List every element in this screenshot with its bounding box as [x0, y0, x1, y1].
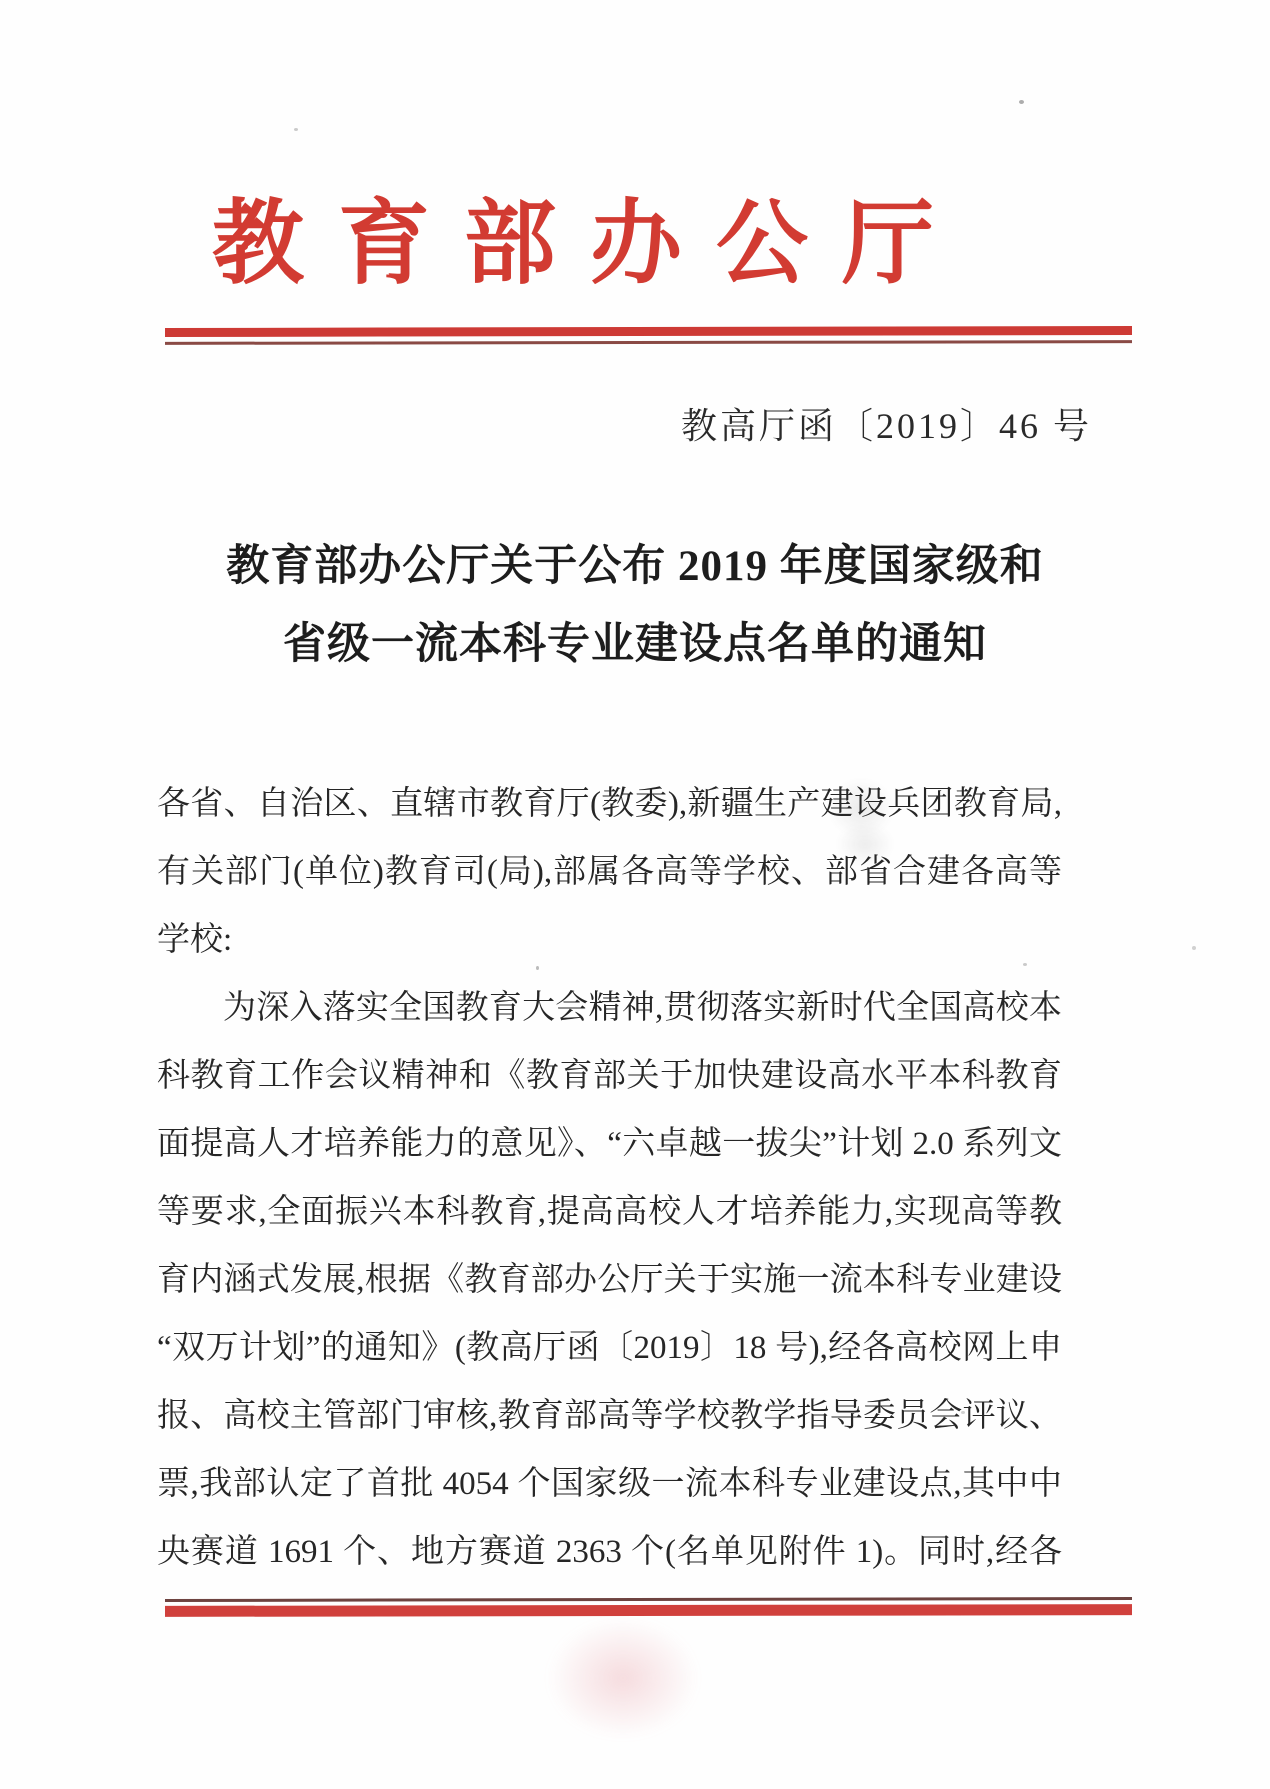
scan-speck	[294, 128, 298, 131]
document-body: 各省、自治区、直辖市教育厅(教委),新疆生产建设兵团教育局, 有关部门(单位)教…	[157, 770, 1062, 1586]
body-line: 为深入落实全国教育大会精神,贯彻落实新时代全国高校本	[157, 974, 1062, 1042]
header-rule-thick	[165, 326, 1132, 337]
scan-speck	[1019, 100, 1024, 104]
scanned-official-document-page: 教育部办公厅 教高厅函〔2019〕46 号 教育部办公厅关于公布 2019 年度…	[0, 0, 1270, 1789]
body-line: “双万计划”的通知》(教高厅函〔2019〕18 号),经各高校网上申	[157, 1314, 1062, 1382]
footer-rule-thick	[165, 1604, 1132, 1617]
body-line: 等要求,全面振兴本科教育,提高高校人才培养能力,实现高等教	[157, 1178, 1062, 1246]
addressee-line: 有关部门(单位)教育司(局),部属各高等学校、部省合建各高等	[157, 838, 1062, 906]
body-line: 票,我部认定了首批 4054 个国家级一流本科专业建设点,其中中	[157, 1450, 1062, 1518]
header-rule-thin	[165, 340, 1132, 345]
footer-rule-thin	[165, 1597, 1132, 1602]
body-line: 报、高校主管部门审核,教育部高等学校教学指导委员会评议、投	[157, 1382, 1062, 1450]
body-line: 面提高人才培养能力的意见》、“六卓越一拔尖”计划 2.0 系列文件	[157, 1110, 1062, 1178]
document-title-line-1: 教育部办公厅关于公布 2019 年度国家级和	[0, 528, 1270, 606]
addressee-line: 各省、自治区、直辖市教育厅(教委),新疆生产建设兵团教育局,	[157, 770, 1062, 838]
scan-smudge	[548, 1618, 698, 1738]
scan-speck	[1192, 946, 1196, 950]
addressee-close: 学校:	[157, 906, 1062, 974]
document-reference-number: 教高厅函〔2019〕46 号	[681, 398, 1092, 449]
agency-masthead: 教育部办公厅	[212, 170, 968, 302]
body-line: 科教育工作会议精神和《教育部关于加快建设高水平本科教育 全	[157, 1042, 1062, 1110]
document-title-line-2: 省级一流本科专业建设点名单的通知	[0, 606, 1270, 684]
body-line: 央赛道 1691 个、地方赛道 2363 个(名单见附件 1)。同时,经各省	[157, 1518, 1062, 1586]
body-line: 育内涵式发展,根据《教育部办公厅关于实施一流本科专业建设	[157, 1246, 1062, 1314]
document-title: 教育部办公厅关于公布 2019 年度国家级和 省级一流本科专业建设点名单的通知	[0, 528, 1270, 684]
